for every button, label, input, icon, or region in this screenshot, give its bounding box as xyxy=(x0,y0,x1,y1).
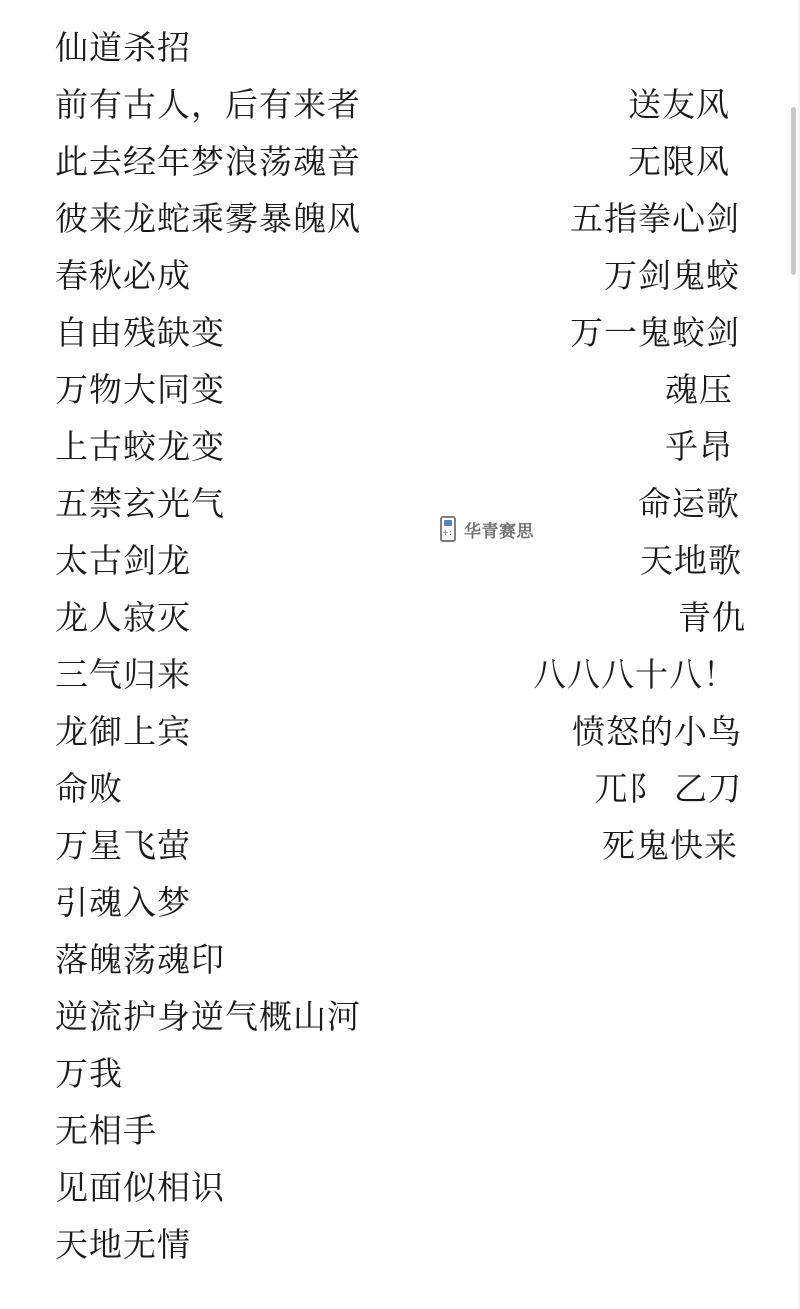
list-item: 青仇 xyxy=(480,598,746,655)
list-item: 八八八十八！ xyxy=(480,655,740,712)
left-column-list: 仙道杀招 前有古人，后有来者 此去经年梦浪荡魂音 彼来龙蛇乘雾暴魄风 春秋必成 … xyxy=(55,28,415,1282)
list-item: 无相手 xyxy=(55,1111,415,1168)
list-item: 魂压 xyxy=(480,370,740,427)
scrollbar-thumb[interactable] xyxy=(791,107,796,275)
right-column-list: 送友风 无限风 五指拳心剑 万剑鬼蛟 万一鬼蛟剑 魂压 乎昂 命运歌 天地歌 青… xyxy=(480,85,740,883)
list-item: 落魄荡魂印 xyxy=(55,940,415,997)
page: 仙道杀招 前有古人，后有来者 此去经年梦浪荡魂音 彼来龙蛇乘雾暴魄风 春秋必成 … xyxy=(0,0,800,1309)
list-item: 龙御上宾 xyxy=(55,712,415,769)
list-item: 彼来龙蛇乘雾暴魄风 xyxy=(55,199,415,256)
list-item: 兀阝 乙刀 xyxy=(480,769,742,826)
list-item: 死鬼快来 xyxy=(480,826,740,883)
list-item: 五指拳心剑 xyxy=(480,199,740,256)
list-item: 无限风 xyxy=(480,142,740,199)
list-item: 万星飞萤 xyxy=(55,826,415,883)
list-item: 仙道杀招 xyxy=(55,28,415,85)
list-item: 愤怒的小鸟 xyxy=(480,712,742,769)
list-item: 上古蛟龙变 xyxy=(55,427,415,484)
list-item: 乎昂 xyxy=(480,427,740,484)
list-item: 命败 xyxy=(55,769,415,826)
list-item: 送友风 xyxy=(480,85,740,142)
list-item: 前有古人，后有来者 xyxy=(55,85,415,142)
list-item: 五禁玄光气 xyxy=(55,484,415,541)
list-item: 天地无情 xyxy=(55,1225,415,1282)
list-item: 自由残缺变 xyxy=(55,313,415,370)
list-item: 见面似相识 xyxy=(55,1168,415,1225)
list-item: 龙人寂灭 xyxy=(55,598,415,655)
list-item: 太古剑龙 xyxy=(55,541,415,598)
game-console-icon xyxy=(440,516,456,542)
list-item: 引魂入梦 xyxy=(55,883,415,940)
list-item: 天地歌 xyxy=(480,541,742,598)
list-item: 万一鬼蛟剑 xyxy=(480,313,740,370)
list-item: 春秋必成 xyxy=(55,256,415,313)
list-item: 万我 xyxy=(55,1054,415,1111)
watermark-text: 华青赛思 xyxy=(464,517,534,542)
list-item: 逆流护身逆气概山河 xyxy=(55,997,415,1054)
list-item: 万物大同变 xyxy=(55,370,415,427)
list-item: 万剑鬼蛟 xyxy=(480,256,740,313)
list-item: 三气归来 xyxy=(55,655,415,712)
watermark: 华青赛思 xyxy=(440,516,534,542)
list-item: 此去经年梦浪荡魂音 xyxy=(55,142,415,199)
